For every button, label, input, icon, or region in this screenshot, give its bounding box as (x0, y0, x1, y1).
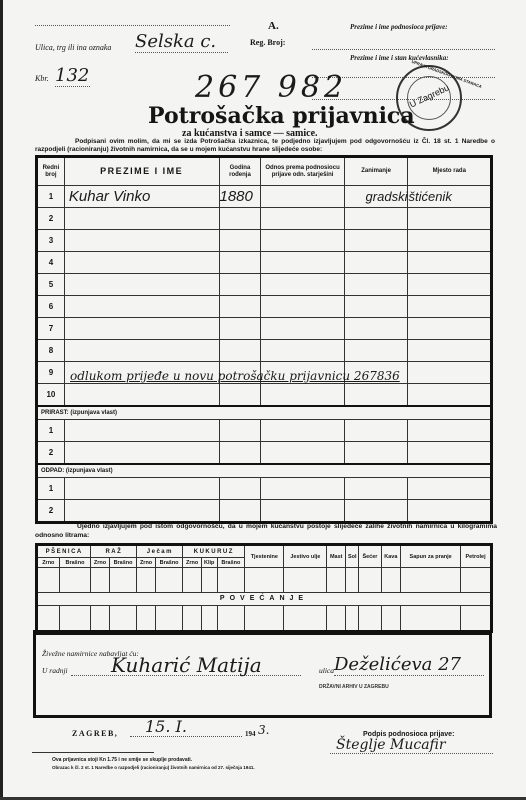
group-psenica: PŠENICA (37, 545, 91, 558)
odpad-row: 2 (37, 500, 492, 523)
registration-number: 267 982 (195, 70, 347, 105)
shop-street-label: ulica (319, 666, 334, 675)
odpad-label: ODPAD: (izpunjava vlast) (37, 464, 492, 478)
supplies-intro: Ujedno izjavljujem pod istom odgovornošć… (35, 522, 497, 540)
name-cell[interactable] (64, 500, 219, 523)
prirast-label: PRIRAST: (izpunjava vlast) (37, 406, 492, 420)
occupation-cell[interactable] (344, 318, 408, 340)
col-header-name: PREZIME I IME (64, 157, 219, 186)
name-cell[interactable] (64, 318, 219, 340)
workplace-cell[interactable] (408, 296, 492, 318)
col-secer: Šećer (359, 545, 381, 568)
workplace-cell[interactable] (408, 362, 492, 384)
relation-cell[interactable] (261, 296, 344, 318)
year-cell[interactable] (219, 274, 261, 296)
applicant-name-label: Prezime i ime podnosioca prijave: (350, 23, 448, 31)
shop-field[interactable]: Kuharić Matija (71, 655, 301, 676)
occupation-cell[interactable] (344, 296, 408, 318)
occupation-cell[interactable] (344, 420, 408, 442)
signature-field[interactable]: Šteglje Mucafir (330, 737, 493, 754)
relation-cell[interactable] (261, 230, 344, 252)
col-header-workplace: Mjesto rada (408, 157, 492, 186)
supplies-value-row (37, 568, 492, 593)
workplace-cell[interactable] (408, 318, 492, 340)
col-tjestenine: Tjestenine (245, 545, 284, 568)
row-number: 2 (37, 208, 65, 230)
value-cell[interactable] (201, 606, 217, 632)
workplace-cell[interactable]: štićenik (408, 186, 492, 208)
row-number: 10 (37, 384, 65, 407)
relation-cell[interactable] (261, 186, 344, 208)
value-cell[interactable] (183, 568, 201, 593)
footer-divider (32, 752, 154, 753)
year-cell[interactable] (219, 340, 261, 362)
value-cell[interactable] (245, 568, 284, 593)
row-number: 6 (37, 296, 65, 318)
increase-label: POVEĆANJE (37, 593, 492, 606)
value-cell[interactable] (461, 606, 492, 632)
workplace-cell[interactable] (408, 252, 492, 274)
value-cell[interactable] (401, 568, 461, 593)
value-cell[interactable] (346, 606, 359, 632)
value-cell[interactable] (109, 606, 137, 632)
owner-label: Prezime i ime i stan kućevlasnika: (350, 54, 449, 62)
workplace-cell[interactable] (408, 420, 492, 442)
value-cell[interactable] (137, 568, 155, 593)
row-number: 1 (37, 186, 65, 208)
row-number: 3 (37, 230, 65, 252)
year-cell[interactable] (219, 230, 261, 252)
workplace-cell[interactable] (408, 208, 492, 230)
occupation-cell[interactable] (344, 274, 408, 296)
increase-row: POVEĆANJE (37, 593, 492, 606)
row-number: 2 (37, 500, 65, 523)
workplace-cell[interactable] (408, 442, 492, 465)
year-cell[interactable] (219, 252, 261, 274)
row-number: 9 (37, 362, 65, 384)
year-cell[interactable] (219, 420, 261, 442)
workplace-cell[interactable] (408, 274, 492, 296)
year-cell[interactable]: 1880 (219, 186, 261, 208)
value-cell[interactable] (201, 568, 217, 593)
group-kukuruz: KUKURUZ (183, 545, 245, 558)
relation-cell[interactable] (261, 318, 344, 340)
value-cell[interactable] (327, 606, 346, 632)
street-label: Ulica, trg ili ina oznaka (35, 43, 111, 52)
price-note: Ova prijavnica stoji Kn 1.75 i ne smije … (52, 757, 192, 763)
prirast-row: 1 (37, 420, 492, 442)
supplies-group-row: PŠENICA RAŽ Ječam KUKURUZ Tjestenine Jes… (37, 545, 492, 558)
supplies-increase-value-row (37, 606, 492, 632)
value-cell[interactable] (155, 606, 183, 632)
sub-zrno: Zrno (91, 558, 109, 568)
reg-broj-label: Reg. Broj: (250, 38, 285, 47)
prirast-section-row: PRIRAST: (izpunjava vlast) (37, 406, 492, 420)
relation-cell[interactable] (261, 384, 344, 407)
year-cell[interactable] (219, 318, 261, 340)
table-row: 3 (37, 230, 492, 252)
value-cell[interactable] (37, 568, 60, 593)
value-cell[interactable] (245, 606, 284, 632)
name-cell[interactable] (64, 340, 219, 362)
prirast-row: 2 (37, 442, 492, 465)
col-petrolej: Petrolej (461, 545, 492, 568)
name-cell[interactable] (64, 208, 219, 230)
col-sol: Sol (346, 545, 359, 568)
name-cell[interactable] (64, 384, 219, 407)
row-number: 7 (37, 318, 65, 340)
name-cell[interactable] (64, 442, 219, 465)
name-cell[interactable] (64, 420, 219, 442)
table-row: 1 Kuhar Vinko 1880 gradski štićenik (37, 186, 492, 208)
table-header-row: Redni broj PREZIME I IME Godina rođenja … (37, 157, 492, 186)
sub-brasno: Brašno (109, 558, 137, 568)
table-row: 6 (37, 296, 492, 318)
applicant-name-field[interactable] (312, 49, 495, 50)
year-prefix: 194 (245, 730, 256, 738)
value-cell[interactable] (461, 568, 492, 593)
workplace-cell[interactable] (408, 230, 492, 252)
col-sapun: Sapun za pranje (401, 545, 461, 568)
group-raz: RAŽ (91, 545, 137, 558)
sub-zrno: Zrno (183, 558, 201, 568)
form-letter: A. (268, 20, 279, 32)
year-cell[interactable] (219, 442, 261, 465)
col-header-no: Redni broj (37, 157, 65, 186)
value-cell[interactable] (381, 606, 401, 632)
relation-cell[interactable] (261, 478, 344, 500)
value-cell[interactable] (284, 606, 327, 632)
name-cell[interactable] (64, 296, 219, 318)
date-field[interactable]: 15. I. (130, 718, 242, 737)
workplace-cell[interactable] (408, 340, 492, 362)
workplace-cell[interactable] (408, 478, 492, 500)
relation-cell[interactable] (261, 340, 344, 362)
value-cell[interactable] (59, 568, 91, 593)
value-cell[interactable] (155, 568, 183, 593)
form-note: Obrazac k čl. 2 st. 1 Naredbe o razpodje… (52, 765, 255, 770)
sub-klip: Klip (201, 558, 217, 568)
sub-brasno: Brašno (217, 558, 245, 568)
year-cell[interactable] (219, 208, 261, 230)
supplies-table: PŠENICA RAŽ Ječam KUKURUZ Tjestenine Jes… (35, 543, 493, 633)
col-header-year: Godina rođenja (219, 157, 261, 186)
occupation-cell[interactable]: gradski (344, 186, 408, 208)
occupation-cell[interactable] (344, 252, 408, 274)
occupation-cell[interactable] (344, 384, 408, 407)
value-cell[interactable] (284, 568, 327, 593)
top-dotted-line (35, 25, 230, 26)
house-number-field[interactable]: 132 (55, 66, 90, 87)
value-cell[interactable] (217, 606, 245, 632)
occupation-cell[interactable] (344, 340, 408, 362)
value-cell[interactable] (183, 606, 201, 632)
value-cell[interactable] (91, 568, 109, 593)
col-header-relation: Odnos prema podnosiocu prijave odn. star… (261, 157, 344, 186)
odpad-section-row: ODPAD: (izpunjava vlast) (37, 464, 492, 478)
row-number: 1 (37, 478, 65, 500)
relation-cell[interactable] (261, 442, 344, 465)
value-cell[interactable] (381, 568, 401, 593)
sub-brasno: Brašno (155, 558, 183, 568)
col-header-occupation: Zanimanje (344, 157, 408, 186)
table-row: 10 (37, 384, 492, 407)
sub-zrno: Zrno (37, 558, 60, 568)
row-number: 8 (37, 340, 65, 362)
col-jestivo-ulje: Jestivo ulje (284, 545, 327, 568)
persons-table: Redni broj PREZIME I IME Godina rođenja … (35, 155, 493, 524)
relation-cell[interactable] (261, 500, 344, 523)
occupation-cell[interactable] (344, 442, 408, 465)
name-cell[interactable]: Kuhar Vinko (64, 186, 219, 208)
year-cell[interactable] (219, 296, 261, 318)
house-number-label: Kbr. (35, 74, 49, 83)
name-cell[interactable] (64, 274, 219, 296)
value-cell[interactable] (137, 606, 155, 632)
value-cell[interactable] (359, 568, 381, 593)
year-cell[interactable] (219, 384, 261, 407)
relation-cell[interactable] (261, 208, 344, 230)
name-cell[interactable] (64, 252, 219, 274)
row-number: 1 (37, 420, 65, 442)
value-cell[interactable] (359, 606, 381, 632)
value-cell[interactable] (401, 606, 461, 632)
archive-stamp: DRŽAVNI ARHIV U ZAGREBU (319, 684, 389, 690)
col-mast: Mast (327, 545, 346, 568)
value-cell[interactable] (327, 568, 346, 593)
table-row: 7 (37, 318, 492, 340)
table-row: 2 (37, 208, 492, 230)
occupation-cell[interactable] (344, 500, 408, 523)
occupation-cell[interactable] (344, 230, 408, 252)
year-cell[interactable] (219, 478, 261, 500)
workplace-cell[interactable] (408, 384, 492, 407)
occupation-cell[interactable] (344, 208, 408, 230)
workplace-cell[interactable] (408, 500, 492, 523)
name-cell[interactable] (64, 478, 219, 500)
group-jecam: Ječam (137, 545, 183, 558)
city-label: ZAGREB, (72, 729, 118, 738)
value-cell[interactable] (37, 606, 60, 632)
year-suffix[interactable]: 3. (258, 723, 269, 737)
name-cell[interactable] (64, 230, 219, 252)
scan-edge (0, 0, 3, 800)
shop-box: Živežne namirnice nabavljat ću: U radnji… (33, 630, 492, 718)
row9-handwritten-note: odlukom prijeđe u novu potrošačku prijav… (70, 369, 400, 383)
row-number: 5 (37, 274, 65, 296)
intro-text: Podpisani ovim molim, da mi se izda Potr… (35, 138, 495, 154)
row-number: 2 (37, 442, 65, 465)
value-cell[interactable] (109, 568, 137, 593)
value-cell[interactable] (217, 568, 245, 593)
sub-brasno: Brašno (59, 558, 91, 568)
street-field[interactable]: Selska c. (135, 32, 228, 53)
row-number: 4 (37, 252, 65, 274)
relation-cell[interactable] (261, 274, 344, 296)
value-cell[interactable] (91, 606, 109, 632)
shop-label: U radnji (42, 666, 68, 675)
table-row: 8 (37, 340, 492, 362)
form-title: Potrošačka prijavnica (148, 103, 415, 129)
relation-cell[interactable] (261, 420, 344, 442)
shop-street-field[interactable]: Deželićeva 27 (334, 655, 484, 676)
odpad-row: 1 (37, 478, 492, 500)
table-row: 5 (37, 274, 492, 296)
sub-zrno: Zrno (137, 558, 155, 568)
col-kava: Kava (381, 545, 401, 568)
year-cell[interactable] (219, 500, 261, 523)
value-cell[interactable] (346, 568, 359, 593)
table-row: 4 (37, 252, 492, 274)
occupation-cell[interactable] (344, 478, 408, 500)
relation-cell[interactable] (261, 252, 344, 274)
value-cell[interactable] (59, 606, 91, 632)
